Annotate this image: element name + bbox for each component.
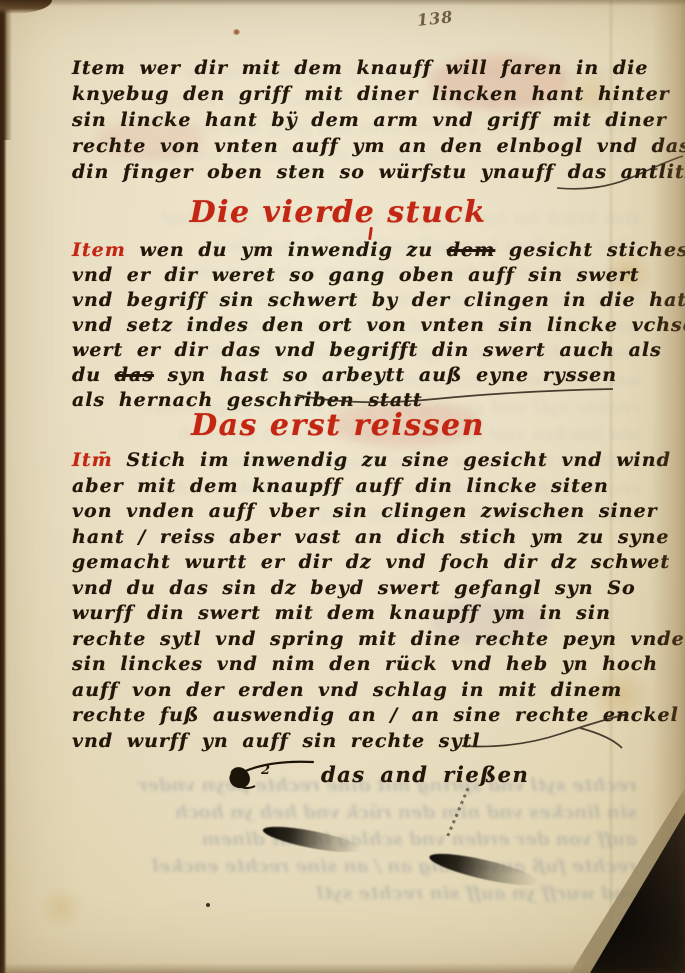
rubric-text: Itm̄: [72, 449, 126, 471]
manuscript-line: Itm̄ Stich im inwendig zu sine gesicht v…: [72, 448, 604, 474]
text-segment: rechte sytl vnd spring mit dine rechte p…: [72, 628, 685, 650]
torn-corner: [590, 813, 685, 973]
manuscript-line: auff von der erden vnd schlag in mit din…: [72, 678, 604, 704]
binding-corner: [0, 0, 52, 14]
rubric-heading-first: Die vierde stuck: [72, 194, 604, 232]
text-segment: auff von der erden vnd schlag in mit din…: [72, 679, 622, 701]
text-segment: syn hast so arbeytt auß eyne ryssen: [154, 364, 617, 386]
stain: [35, 888, 87, 928]
text-segment: aber mit dem knaupff auff din lincke sit…: [72, 475, 609, 497]
rubric-text: Item: [72, 239, 139, 261]
text-segment: wert er dir das vnd begrifft din swert a…: [72, 339, 662, 361]
manuscript-line: hant / reiss aber vast an dich stich ym …: [72, 525, 604, 551]
svg-text:2: 2: [260, 763, 270, 778]
manuscript-line: aber mit dem knaupff auff din lincke sit…: [72, 474, 604, 500]
text-segment: vnd er dir weret so gang oben auff sin s…: [72, 264, 640, 286]
manuscript-line: vnd wurff yn auff sin rechte sytl: [72, 729, 604, 755]
manuscript-line: rechte fuß auswendig an / an sine rechte…: [72, 703, 604, 729]
text-segment: dem: [447, 239, 495, 261]
text-segment: sin lincke hant bÿ dem arm vnd griff mit…: [72, 109, 667, 131]
manuscript-line: Item wen du ym inwendig zu dem gesicht s…: [72, 238, 604, 263]
paragraph-1: Item wer dir mit dem knauff will faren i…: [72, 55, 604, 185]
photo-background: Item wer dir mit dem knauff will faren i…: [0, 0, 685, 973]
text-segment: wurff din swert mit dem knaupff ym in si…: [72, 602, 611, 624]
manuscript-line: sin linckes vnd nim den rück vnd heb yn …: [72, 652, 604, 678]
manuscript-line: wurff din swert mit dem knaupff ym in si…: [72, 601, 604, 627]
manuscript-page: Item wer dir mit dem knauff will faren i…: [0, 0, 685, 973]
manuscript-line: rechte sytl vnd spring mit dine rechte p…: [72, 627, 604, 653]
page-crease: [610, 0, 612, 973]
page-edge-left: [0, 0, 7, 973]
manuscript-line: knyebug den griff mit diner lincken hant…: [72, 81, 604, 107]
text-segment: gemacht wurtt er dir dz vnd foch dir dz …: [72, 551, 670, 573]
text-segment: du: [72, 364, 115, 386]
text-segment: Stich im inwendig zu sine gesicht vnd wi…: [126, 449, 670, 471]
paragraph-3: Itm̄ Stich im inwendig zu sine gesicht v…: [72, 448, 604, 754]
paraph-mark-icon: 2: [225, 756, 317, 794]
rubric-heading-second: Das erst reissen: [72, 407, 604, 445]
text-segment: vnd du das sin dz beyd swert gefangl syn…: [72, 577, 636, 599]
text-segment: wen du ym inwendig zu: [139, 239, 446, 261]
page-edge-top: [0, 0, 685, 6]
catchword: das and rießen: [321, 760, 529, 790]
text-segment: das: [115, 364, 154, 386]
text-segment: knyebug den griff mit diner lincken hant…: [72, 83, 670, 105]
manuscript-line: du das syn hast so arbeytt auß eyne ryss…: [72, 363, 604, 388]
manuscript-line: rechte von vnten auff ym an den elnbogl …: [72, 133, 604, 159]
text-segment: sin linckes vnd nim den rück vnd heb yn …: [72, 653, 658, 675]
text-segment: hant / reiss aber vast an dich stich ym …: [72, 526, 670, 548]
manuscript-line: sin lincke hant bÿ dem arm vnd griff mit…: [72, 107, 604, 133]
text-segment: din finger oben sten so würfstu ynauff d…: [72, 161, 685, 183]
text-segment: Item wer dir mit dem knauff will faren i…: [72, 57, 648, 79]
manuscript-line: vnd er dir weret so gang oben auff sin s…: [72, 263, 604, 288]
manuscript-line: wert er dir das vnd begrifft din swert a…: [72, 338, 604, 363]
text-segment: rechte fuß auswendig an / an sine rechte…: [72, 704, 679, 726]
folio-number: 138: [416, 7, 454, 31]
ink-scratch: [446, 788, 470, 839]
ink-smudge: [261, 822, 362, 858]
text-segment: rechte von vnten auff ym an den elnbogl …: [72, 135, 685, 157]
page-edge-left: [0, 0, 12, 140]
ink-smudge: [427, 848, 540, 892]
text-segment: vnd begriff sin schwert by der clingen i…: [72, 289, 685, 311]
text-segment: vnd wurff yn auff sin rechte sytl: [72, 730, 481, 752]
text-segment: von vnden auff vber sin clingen zwischen…: [72, 500, 658, 522]
text-segment: vnd setz indes den ort von vnten sin lin…: [72, 314, 685, 336]
manuscript-line: von vnden auff vber sin clingen zwischen…: [72, 499, 604, 525]
manuscript-line: gemacht wurtt er dir dz vnd foch dir dz …: [72, 550, 604, 576]
manuscript-line: Item wer dir mit dem knauff will faren i…: [72, 55, 604, 81]
stain: [233, 29, 240, 35]
manuscript-line: vnd du das sin dz beyd swert gefangl syn…: [72, 576, 604, 602]
catchword-row: 2 das and rießen: [225, 756, 529, 794]
paragraph-2: Item wen du ym inwendig zu dem gesicht s…: [72, 238, 604, 413]
ink-speck: [206, 903, 210, 907]
manuscript-line: din finger oben sten so würfstu ynauff d…: [72, 159, 604, 185]
manuscript-line: vnd setz indes den ort von vnten sin lin…: [72, 313, 604, 338]
manuscript-line: vnd begriff sin schwert by der clingen i…: [72, 288, 604, 313]
